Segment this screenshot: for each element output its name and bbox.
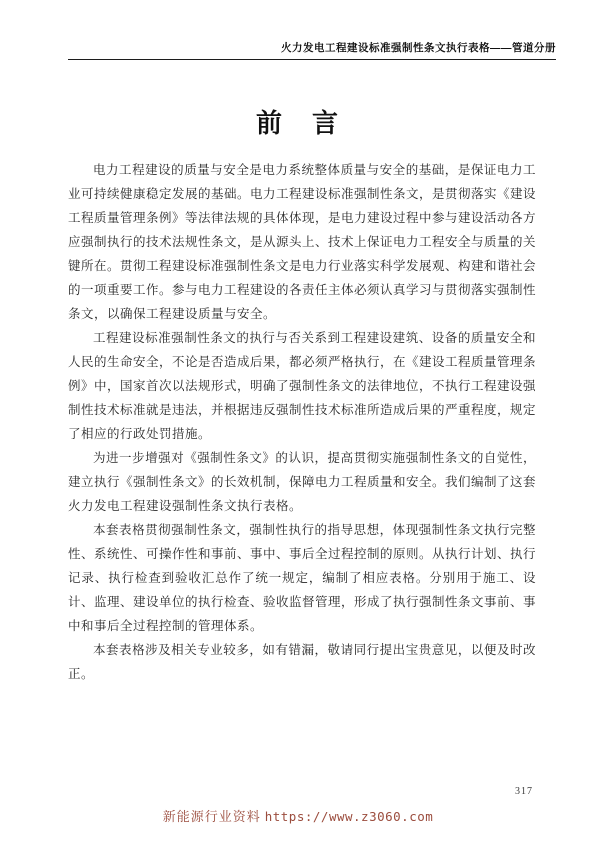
watermark-label: 新能源行业资料 bbox=[163, 809, 261, 824]
preface-paragraph: 工程建设标准强制性条文的执行与否关系到工程建设建筑、设备的质量安全和人民的生命安… bbox=[68, 326, 536, 446]
preface-paragraph: 本套表格贯彻强制性条文，强制性执行的指导思想，体现强制性条文执行完整性、系统性、… bbox=[68, 518, 536, 638]
preface-paragraph: 为进一步增强对《强制性条文》的认识，提高贯彻实施强制性条文的自觉性，建立执行《强… bbox=[68, 446, 536, 518]
page-number: 317 bbox=[504, 786, 544, 797]
running-title: 火力发电工程建设标准强制性条文执行表格——管道分册 bbox=[281, 42, 556, 54]
preface-body: 电力工程建设的质量与安全是电力系统整体质量与安全的基础，是保证电力工业可持续健康… bbox=[68, 158, 536, 686]
document-page: 火力发电工程建设标准强制性条文执行表格——管道分册 前 言 电力工程建设的质量与… bbox=[0, 0, 596, 842]
preface-paragraph: 电力工程建设的质量与安全是电力系统整体质量与安全的基础，是保证电力工业可持续健康… bbox=[68, 158, 536, 326]
page-header: 火力发电工程建设标准强制性条文执行表格——管道分册 bbox=[68, 38, 556, 60]
page-title: 前 言 bbox=[0, 103, 596, 140]
watermark: 新能源行业资料 https://www.z3060.com bbox=[0, 806, 596, 826]
preface-paragraph: 本套表格涉及相关专业较多，如有错漏，敬请同行提出宝贵意见，以便及时改正。 bbox=[68, 638, 536, 686]
watermark-url: https://www.z3060.com bbox=[265, 809, 434, 824]
